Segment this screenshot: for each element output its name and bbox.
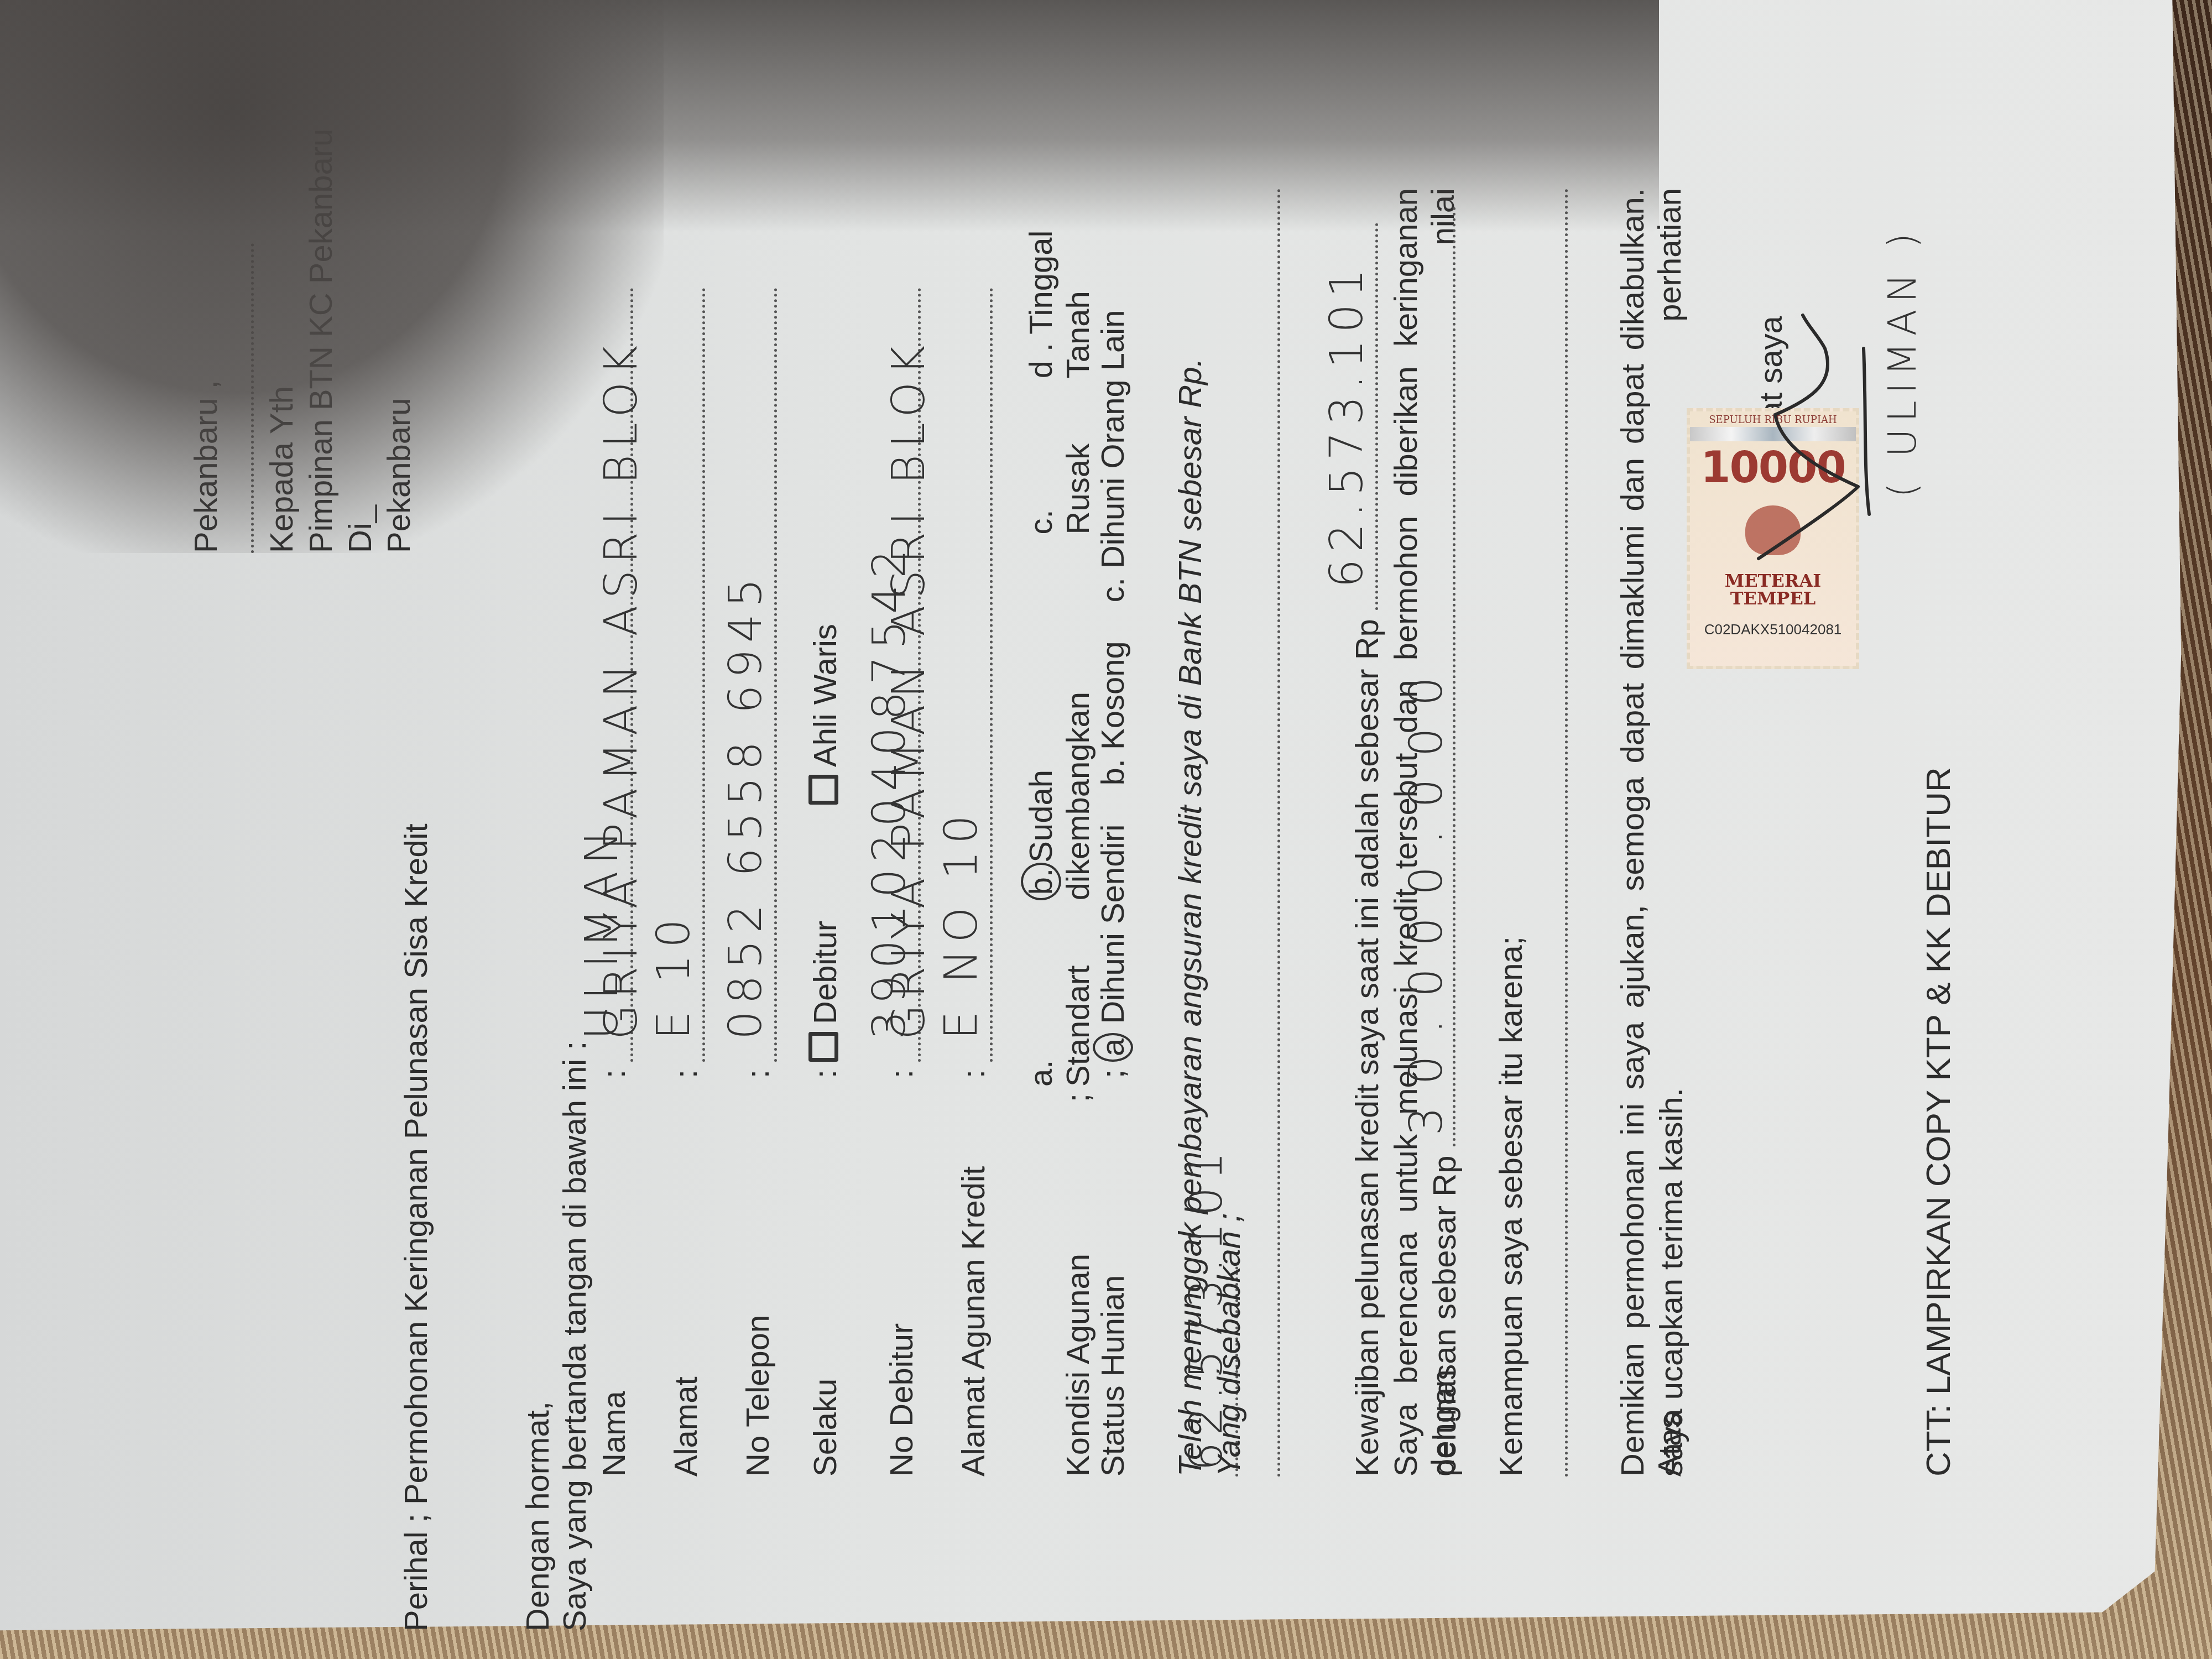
field-alamat: Alamat : GRIYA PAMAN ASRI BLOK E 10 — [664, 288, 705, 1477]
place-date: Pekanbaru , — [188, 380, 224, 553]
field-selaku: Selaku : Debitur Ahli Waris — [807, 585, 844, 1477]
obligation-line: Kewajiban pelunasan kredit saya saat ini… — [1349, 188, 1386, 1477]
recipient-city: Pekanbaru — [381, 111, 418, 553]
field-status-hunian: Status Hunian ; a Dihuni Sendiri b. Koso… — [1095, 272, 1132, 1477]
plan-amount-field[interactable]: 30.000.000 — [1453, 206, 1455, 1146]
address-field[interactable]: GRIYA PAMAN ASRI BLOK E 10 — [664, 288, 705, 1062]
option-kosong[interactable]: b. Kosong — [1095, 641, 1132, 785]
greeting-block: Dengan hormat, Saya yang bertanda tangan… — [520, 1041, 593, 1631]
date-field[interactable] — [251, 243, 254, 553]
reason-label: Yang disebabkan ; — [1211, 188, 1248, 1477]
option-rusak[interactable]: c. Rusak — [1023, 417, 1097, 534]
checkbox-icon[interactable] — [808, 775, 838, 805]
option-label: Dihuni Sendiri — [1095, 825, 1131, 1024]
checkbox-icon[interactable] — [808, 1032, 838, 1062]
option-dihuni-sendiri[interactable]: a Dihuni Sendiri — [1095, 825, 1132, 1062]
reason-field[interactable] — [1277, 188, 1280, 1477]
field-label: Selaku — [807, 1078, 844, 1477]
option-debitur[interactable]: Debitur — [807, 921, 844, 1062]
handwritten-value: 0852 6558 6945 — [720, 572, 772, 1040]
at-label: Di_ — [342, 111, 379, 553]
colon: : — [807, 1062, 844, 1078]
handwritten-value: 30.000.000 — [1401, 655, 1453, 1136]
colon: : — [596, 1062, 633, 1078]
option-label: Debitur — [807, 921, 843, 1024]
colon: : — [884, 1062, 921, 1078]
field-label: Alamat — [668, 1078, 705, 1477]
field-label: Kondisi Agunan — [1060, 1102, 1097, 1477]
stamp-label-line2: TEMPEL — [1690, 589, 1856, 607]
handwritten-value: GRIYA PAMAN ASRI BLOK E 10 — [596, 288, 700, 1040]
colon: : — [668, 1062, 705, 1078]
field-label: Nama — [596, 1078, 633, 1477]
option-ahli-waris[interactable]: Ahli Waris — [807, 624, 844, 805]
field-label: Alamat Agunan Kredit — [956, 1078, 993, 1477]
footer-note: CTT: LAMPIRKAN COPY KTP & KK DEBITUR — [1919, 767, 1958, 1477]
option-sudah-dikembangkan[interactable]: b.Sudah dikembangkan — [1023, 573, 1097, 900]
letter-address-block: Pekanbaru , Kepada Yth Pimpinan BTN KC P… — [188, 111, 420, 553]
colon: ; — [1095, 1062, 1132, 1078]
option-label: Ahli Waris — [807, 624, 843, 767]
collateral-address-field[interactable]: GRIYA PAMAN ASRI BLOK E NO 10 — [951, 288, 993, 1062]
to-label: Kepada Yth — [264, 111, 301, 553]
selected-circle-mark: b. — [1021, 863, 1061, 900]
ability-field[interactable] — [1565, 188, 1568, 1477]
plan-line: pelunasan sebesar Rp 30.000.000 — [1427, 188, 1464, 1477]
subject-line: Perihal ; Permohonan Keringanan Pelunasa… — [398, 823, 435, 1631]
intro: Saya yang bertanda tangan di bawah ini : — [557, 1041, 594, 1631]
signature-icon — [1725, 293, 1891, 581]
greeting: Dengan hormat, — [520, 1041, 557, 1631]
handwritten-value: 62.573.101 — [1321, 262, 1373, 588]
colon: : — [740, 1062, 777, 1078]
stamp-serial: C02DAKX510042081 — [1690, 622, 1856, 638]
field-kondisi-agunan: Kondisi Agunan ; a. Standart b.Sudah dik… — [1023, 111, 1097, 1477]
phone-field[interactable]: 0852 6558 6945 — [735, 288, 777, 1062]
signer-name: ( ULIMAN ) — [1880, 226, 1925, 498]
option-tinggal-tanah[interactable]: d . Tinggal Tanah — [1023, 149, 1097, 378]
field-telepon: No Telepon : 0852 6558 6945 — [735, 288, 777, 1477]
colon: ; — [1060, 1087, 1097, 1102]
option-dihuni-orang-lain[interactable]: c. Dihuni Orang Lain — [1095, 310, 1132, 603]
field-label: No Debitur — [884, 1078, 921, 1477]
colon: : — [956, 1062, 993, 1078]
document-page: Pekanbaru , Kepada Yth Pimpinan BTN KC P… — [166, 111, 1963, 1631]
field-label: Status Hunian — [1095, 1078, 1132, 1477]
obligation-text: Kewajiban pelunasan kredit saya saat ini… — [1349, 619, 1385, 1477]
obligation-amount-field[interactable]: 62.573.101 — [1375, 223, 1378, 610]
ability-label: Kemampuan saya sebesar itu karena; — [1493, 188, 1530, 1477]
handwritten-value: GRIYA PAMAN ASRI BLOK E NO 10 — [883, 288, 988, 1040]
plan-prefix: pelunasan sebesar Rp — [1427, 1156, 1463, 1477]
field-alamat-agunan: Alamat Agunan Kredit : GRIYA PAMAN ASRI … — [951, 288, 993, 1477]
option-standart[interactable]: a. Standart — [1023, 939, 1097, 1087]
field-label: No Telepon — [740, 1078, 777, 1477]
selected-circle-mark: a — [1093, 1033, 1133, 1062]
closing-line-2: saya ucapkan terima kasih. — [1653, 188, 1691, 1477]
recipient: Pimpinan BTN KC Pekanbaru — [303, 111, 340, 553]
